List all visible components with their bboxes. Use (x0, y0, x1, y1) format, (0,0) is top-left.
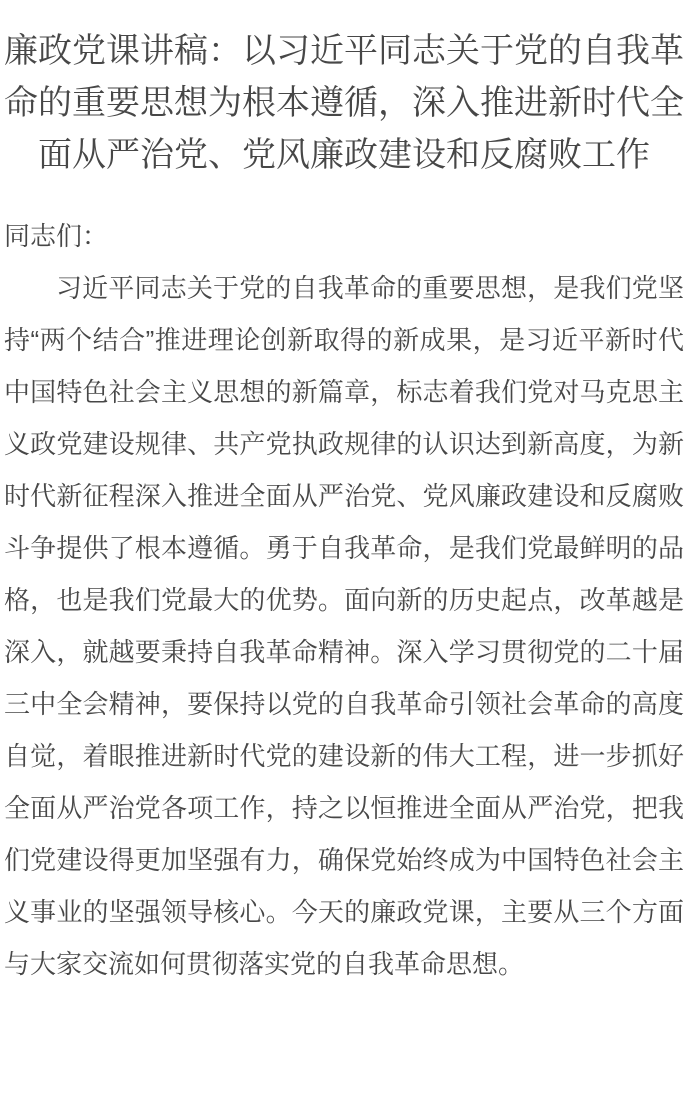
document-title: 廉政党课讲稿：以习近平同志关于党的自我革命的重要思想为根本遵循，深入推进新时代全… (4, 25, 684, 181)
document-body: 同志们： 习近平同志关于党的自我革命的重要思想，是我们党坚持“两个结合”推进理论… (4, 210, 684, 990)
document-page: 廉政党课讲稿：以习近平同志关于党的自我革命的重要思想为根本遵循，深入推进新时代全… (0, 0, 693, 1097)
body-paragraph: 习近平同志关于党的自我革命的重要思想，是我们党坚持“两个结合”推进理论创新取得的… (4, 262, 684, 990)
salutation-line: 同志们： (4, 210, 684, 262)
